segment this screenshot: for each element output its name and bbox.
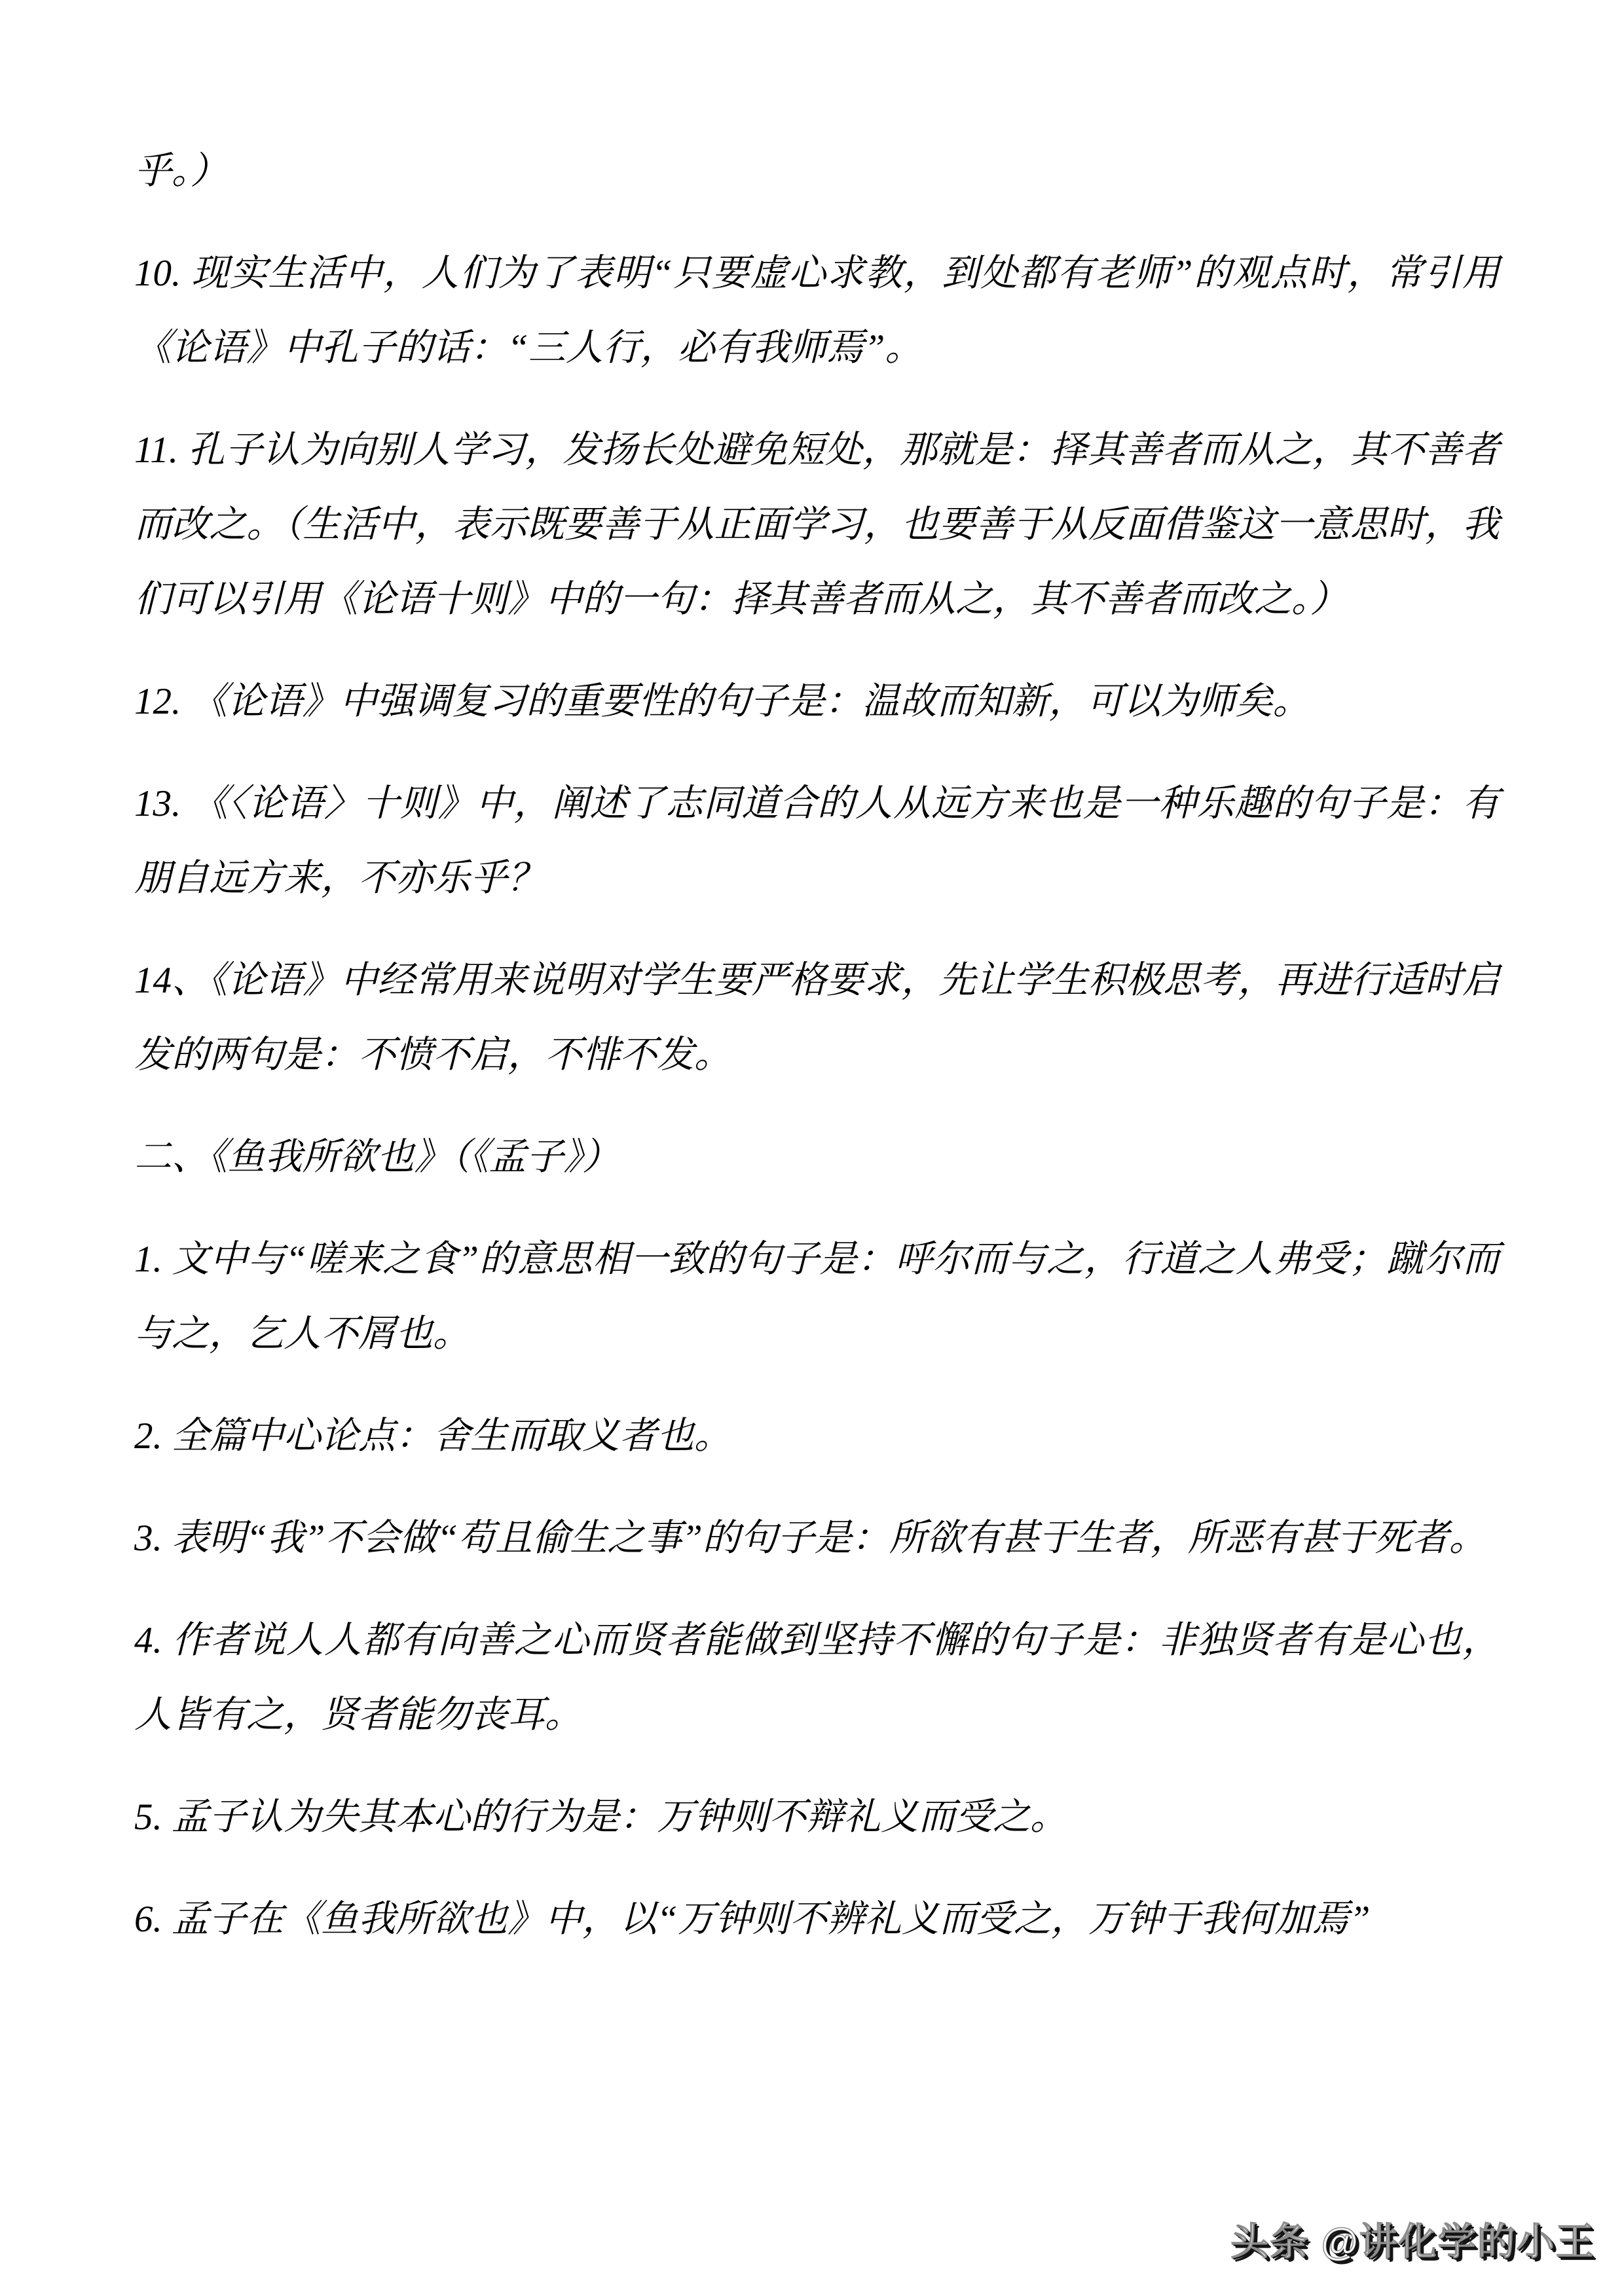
- paragraph: 2. 全篇中心论点：舍生而取义者也。: [134, 1399, 1500, 1474]
- paragraph: 6. 孟子在《鱼我所欲也》中，以“万钟则不辨礼义而受之，万钟于我何加焉”: [134, 1882, 1500, 1957]
- document-content: 乎。） 10. 现实生活中，人们为了表明“只要虚心求教，到处都有老师”的观点时，…: [134, 134, 1500, 1957]
- toutiao-watermark: 头条 @讲化学的小王: [1230, 2211, 1595, 2266]
- paragraph: 3. 表明“我”不会做“苟且偷生之事”的句子是：所欲有甚于生者，所恶有甚于死者。: [134, 1501, 1500, 1576]
- paragraph: 4. 作者说人人都有向善之心而贤者能做到坚持不懈的句子是：非独贤者有是心也，人皆…: [134, 1603, 1500, 1753]
- document-page: 乎。） 10. 现实生活中，人们为了表明“只要虚心求教，到处都有老师”的观点时，…: [0, 0, 1624, 2296]
- paragraph: 乎。）: [134, 134, 1500, 209]
- paragraph: 14、《论语》中经常用来说明对学生要严格要求，先让学生积极思考，再进行适时启发的…: [134, 943, 1500, 1093]
- paragraph: 13. 《〈论语〉十则》中，阐述了志同道合的人从远方来也是一种乐趣的句子是：有朋…: [134, 767, 1500, 916]
- paragraph: 10. 现实生活中，人们为了表明“只要虚心求教，到处都有老师”的观点时，常引用《…: [134, 236, 1500, 386]
- paragraph: 12. 《论语》中强调复习的重要性的句子是：温故而知新，可以为师矣。: [134, 665, 1500, 739]
- section-heading: 二、《鱼我所欲也》（《孟子》）: [134, 1120, 1500, 1195]
- paragraph: 1. 文中与“嗟来之食”的意思相一致的句子是：呼尔而与之，行道之人弗受；蹴尔而与…: [134, 1222, 1500, 1372]
- paragraph: 11. 孔子认为向别人学习，发扬长处避免短处，那就是：择其善者而从之，其不善者而…: [134, 413, 1500, 637]
- paragraph: 5. 孟子认为失其本心的行为是：万钟则不辩礼义而受之。: [134, 1780, 1500, 1855]
